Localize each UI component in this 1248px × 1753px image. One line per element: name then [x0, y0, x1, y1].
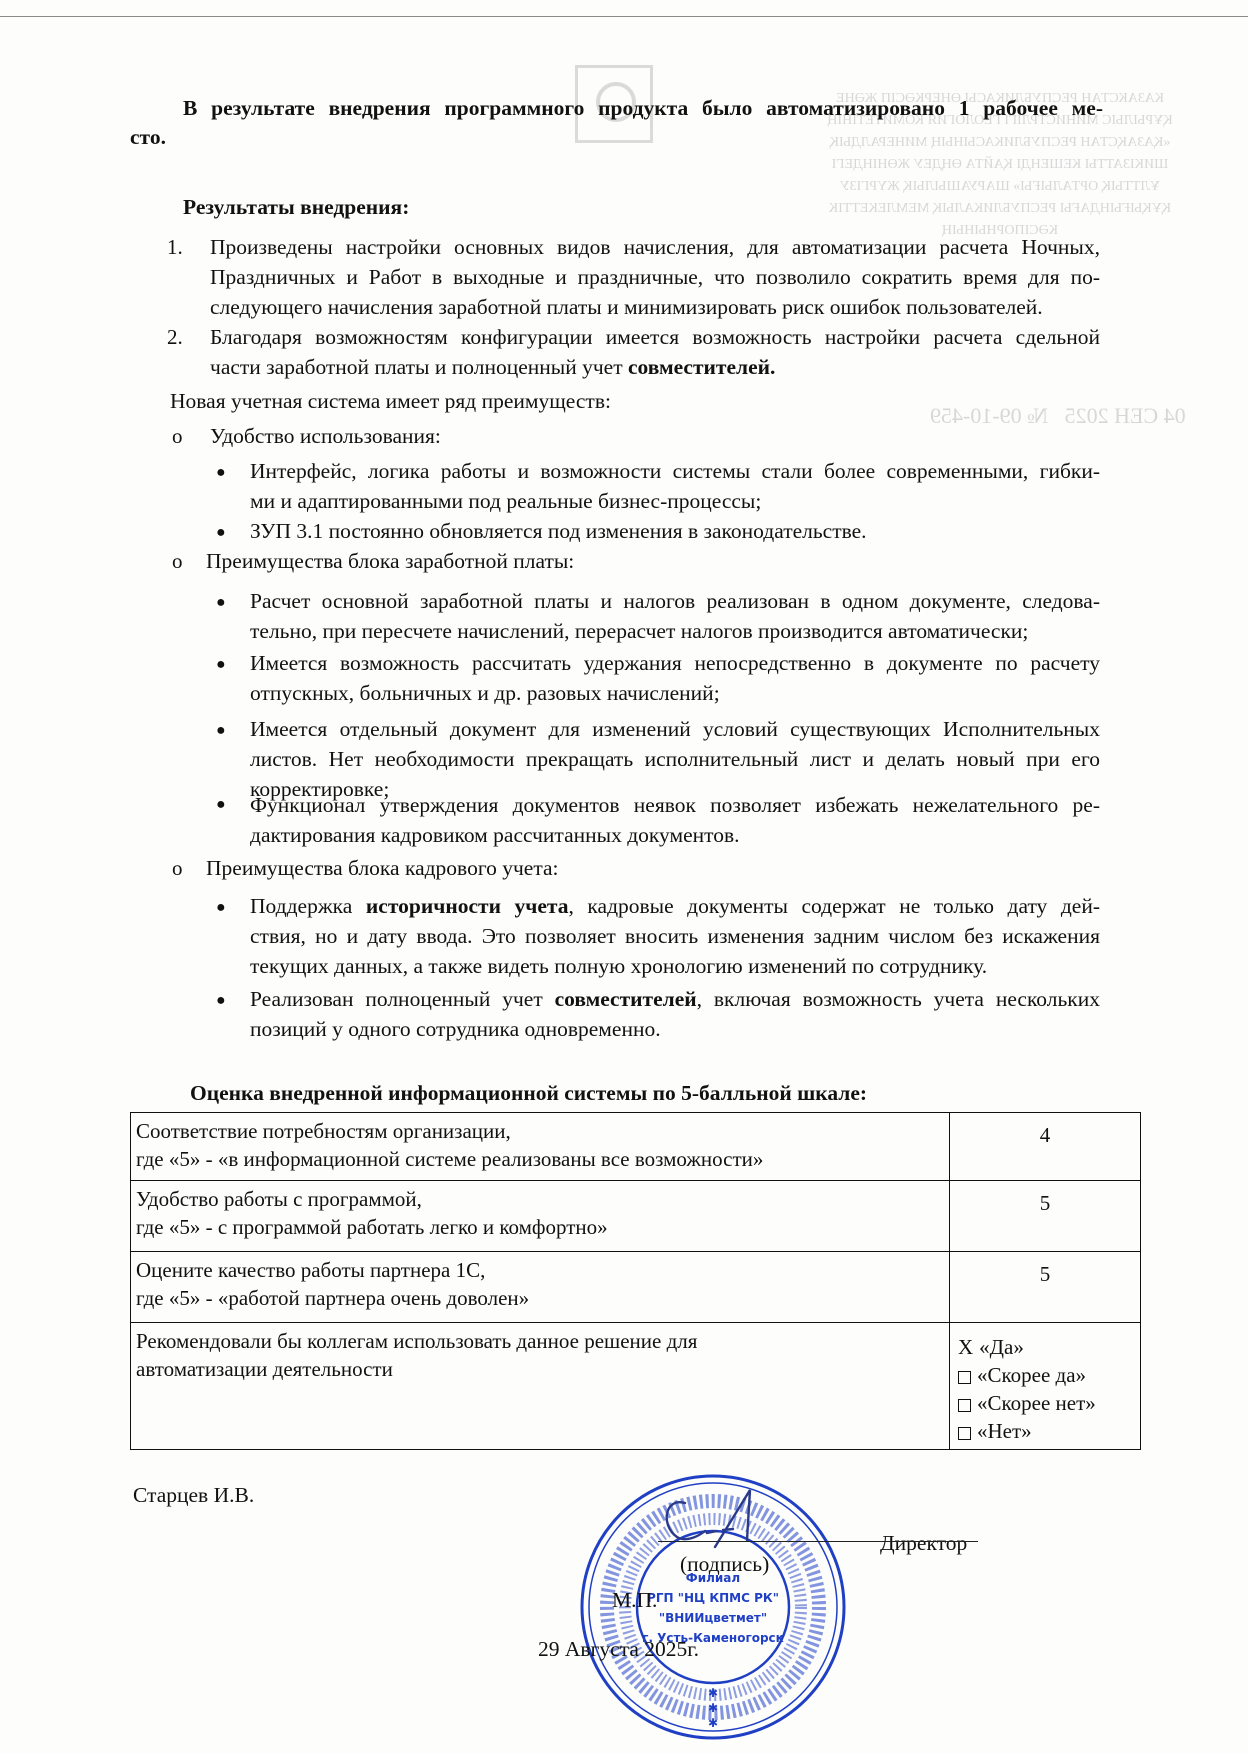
list-number-2: 2.: [167, 322, 183, 352]
criterion-cell: Оцените качество работы партнера 1С, где…: [131, 1252, 950, 1323]
hr-bullet-2-line-1: Реализован полноценный учет совместителе…: [250, 984, 1100, 1014]
advantages-intro: Новая учетная система имеет ряд преимуще…: [170, 386, 611, 416]
hr-bullet-2-line-2: позиций у одного сотрудника одновременно…: [250, 1014, 661, 1044]
bullet-icon: ●: [216, 458, 226, 488]
score-cell: 5: [950, 1181, 1141, 1252]
score-cell: 4: [950, 1113, 1141, 1181]
payroll-bullet-1-line-2: тельно, при пересчете начислений, перера…: [250, 616, 1028, 646]
group-payroll-title: Преимущества блока заработной платы:: [206, 546, 574, 576]
document-page: КАЗАКСТАН РЕСПУБЛИКАСЫ ӨНЕРКӘСІП ЖӘНЕ ҚҰ…: [0, 0, 1248, 1753]
signature-caption: (подпись): [680, 1549, 769, 1579]
option-rather-no[interactable]: «Скорее нет»: [958, 1389, 1135, 1417]
payroll-bullet-4-line-2: дактирования кадровиком рассчитанных док…: [250, 820, 740, 850]
usability-bullet-2: ЗУП 3.1 постоянно обновляется под измене…: [250, 516, 867, 546]
table-row: Удобство работы с программой, где «5» - …: [131, 1181, 1141, 1252]
result-1-line-1: Произведены настройки основных видов нач…: [210, 232, 1100, 262]
rating-table: Соответствие потребностям организации, г…: [130, 1112, 1141, 1450]
rating-heading: Оценка внедренной информационной системы…: [190, 1078, 867, 1108]
result-2-line-1: Благодаря возможностям конфигурации имее…: [210, 322, 1100, 352]
result-2-line-2: части заработной платы и полноценный уче…: [210, 352, 775, 382]
svg-text:✱: ✱: [708, 1686, 718, 1700]
hr-bullet-1-line-3: текущих данных, а также видеть полную хр…: [250, 951, 987, 981]
bullet-icon: ●: [216, 986, 226, 1016]
bullet-icon: ●: [216, 893, 226, 923]
bold-term: историчности учета: [366, 894, 569, 918]
hr-bullet-1-line-2: ствия, но и дату ввода. Это позволяет вн…: [250, 921, 1100, 951]
payroll-bullet-3-line-1: Имеется отдельный документ для изменений…: [250, 714, 1100, 744]
recommend-question-cell: Рекомендовали бы коллегам использовать д…: [131, 1323, 950, 1450]
option-rather-yes[interactable]: «Скорее да»: [958, 1361, 1135, 1389]
results-heading: Результаты внедрения:: [183, 192, 409, 222]
checkbox-empty-icon: [958, 1427, 971, 1440]
payroll-bullet-2-line-2: отпускных, больничных и др. разовых начи…: [250, 678, 720, 708]
table-row: Оцените качество работы партнера 1С, где…: [131, 1252, 1141, 1323]
checked-x-icon: X: [958, 1335, 973, 1359]
bullet-icon: ●: [216, 588, 226, 618]
circle-bullet-icon: o: [172, 546, 183, 576]
payroll-bullet-1-line-1: Расчет основной заработной платы и налог…: [250, 586, 1100, 616]
table-row: Рекомендовали бы коллегам использовать д…: [131, 1323, 1141, 1450]
usability-bullet-1-line-2: ми и адаптированными под реальные бизнес…: [250, 486, 761, 516]
bleed-through-date-stamp: 04 СЕН 2025 № 09-10-459: [930, 405, 1186, 427]
stamp-line-3: "ВНИИцветмет": [659, 1611, 767, 1625]
intro-line-1: В результате внедрения программного прод…: [183, 93, 1103, 123]
bullet-icon: ●: [216, 518, 226, 548]
handwritten-signature-icon: [655, 1485, 785, 1555]
hr-bullet-1-line-1: Поддержка историчности учета, кадровые д…: [250, 891, 1100, 921]
signature-date: 29 Августа 2025г.: [538, 1634, 699, 1664]
signature-line: [658, 1541, 978, 1542]
result-1-line-3: следующего начисления заработной платы и…: [210, 292, 1043, 322]
table-row: Соответствие потребностям организации, г…: [131, 1113, 1141, 1181]
checkbox-empty-icon: [958, 1399, 971, 1412]
circle-bullet-icon: o: [172, 421, 183, 451]
seal-caption: М.П.: [612, 1585, 657, 1615]
svg-text:✱: ✱: [708, 1716, 718, 1730]
group-usability-title: Удобство использования:: [210, 421, 441, 451]
result-1-line-2: Праздничных и Работ в выходные и праздни…: [210, 262, 1100, 292]
signatory-position: Директор: [880, 1528, 967, 1558]
bullet-icon: ●: [216, 790, 226, 820]
recommend-options-cell: X«Да» «Скорее да» «Скорее нет» «Нет»: [950, 1323, 1141, 1450]
payroll-bullet-3-line-2: листов. Нет необходимости прекращать исп…: [250, 744, 1100, 774]
bullet-icon: ●: [216, 716, 226, 746]
signatory-name: Старцев И.В.: [133, 1480, 254, 1510]
scan-edge-line: [0, 16, 1248, 17]
payroll-bullet-2-line-1: Имеется возможность рассчитать удержания…: [250, 648, 1100, 678]
usability-bullet-1-line-1: Интерфейс, логика работы и возможности с…: [250, 456, 1100, 486]
circle-bullet-icon: o: [172, 853, 183, 883]
criterion-cell: Соответствие потребностям организации, г…: [131, 1113, 950, 1181]
score-cell: 5: [950, 1252, 1141, 1323]
bold-term: совместителей.: [628, 355, 775, 379]
list-number-1: 1.: [167, 232, 183, 262]
option-yes[interactable]: X«Да»: [958, 1333, 1135, 1361]
group-hr-title: Преимущества блока кадрового учета:: [206, 853, 559, 883]
option-no[interactable]: «Нет»: [958, 1417, 1135, 1445]
intro-line-2: сто.: [130, 122, 166, 152]
checkbox-empty-icon: [958, 1371, 971, 1384]
bold-term: совместителей: [555, 987, 697, 1011]
bullet-icon: ●: [216, 650, 226, 680]
stamp-line-2: РГП "НЦ КПМС РК": [647, 1591, 779, 1605]
payroll-bullet-4-line-1: Функционал утверждения документов неявок…: [250, 790, 1100, 820]
svg-text:✱: ✱: [708, 1701, 718, 1715]
criterion-cell: Удобство работы с программой, где «5» - …: [131, 1181, 950, 1252]
